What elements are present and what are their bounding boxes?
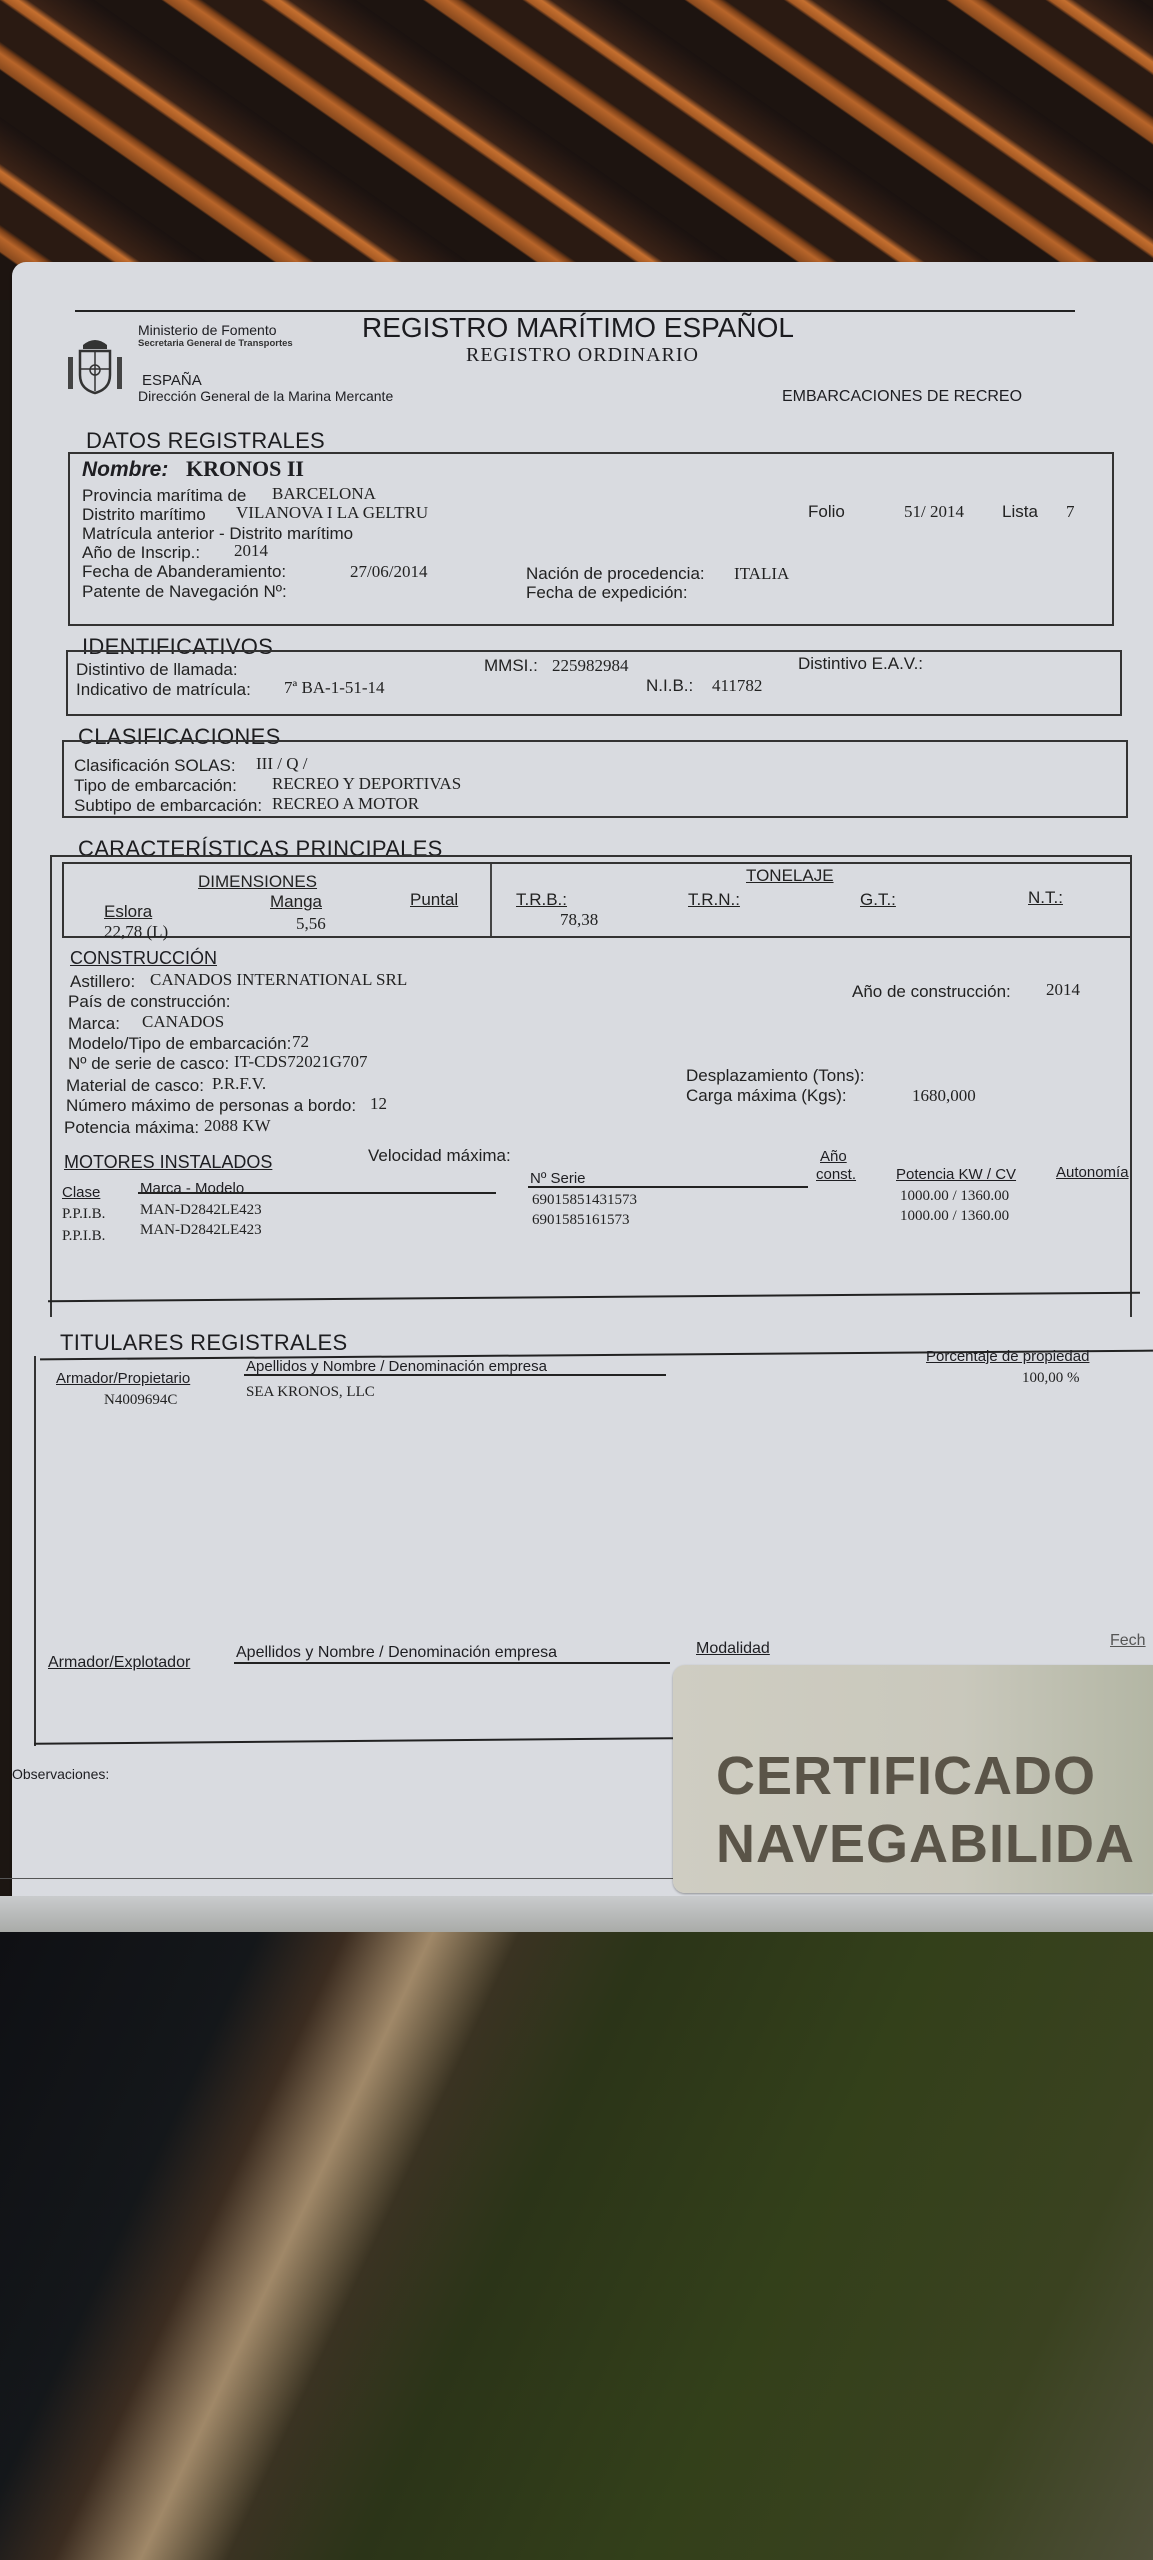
- apellidos-underline: [244, 1374, 666, 1376]
- indicativo-label: Indicativo de matrícula:: [76, 680, 251, 700]
- marca-label: Marca:: [68, 1014, 120, 1034]
- patente-label: Patente de Navegación Nº:: [82, 582, 287, 602]
- anio-inscrip-label: Año de Inscrip.:: [82, 543, 200, 563]
- observaciones-label: Observaciones:: [12, 1766, 109, 1782]
- pais-label: País de construcción:: [68, 992, 231, 1012]
- anio-construccion-label: Año de construcción:: [852, 982, 1011, 1002]
- col-serie-underline: [528, 1186, 808, 1188]
- section-motores: MOTORES INSTALADOS: [64, 1152, 272, 1173]
- col-anio-line2: const.: [816, 1166, 856, 1183]
- nacion-label: Nación de procedencia:: [526, 564, 705, 584]
- spain-coat-of-arms-icon: [66, 335, 124, 395]
- document-category: EMBARCACIONES DE RECREO: [782, 388, 1022, 406]
- lista-label: Lista: [1002, 502, 1038, 522]
- country-name: ESPAÑA: [142, 372, 202, 389]
- apellidos-underline-2: [234, 1662, 670, 1664]
- puntal-label: Puntal: [410, 890, 458, 910]
- engine-potencia: 1000.00 / 1360.00: [900, 1208, 1009, 1225]
- carga-value: 1680,000: [912, 1086, 976, 1106]
- col-autonomia: Autonomía: [1056, 1164, 1129, 1181]
- tipo-label: Tipo de embarcación:: [74, 776, 237, 796]
- nib-label: N.I.B.:: [646, 676, 693, 696]
- potencia-maxima-label: Potencia máxima:: [64, 1118, 199, 1138]
- tipo-value: RECREO Y DEPORTIVAS: [272, 774, 461, 794]
- sticker-line-1: CERTIFICADO: [716, 1745, 1096, 1807]
- armador-propietario-label: Armador/Propietario: [56, 1370, 190, 1387]
- background-below-document: [0, 1930, 1153, 2560]
- direccion-name: Dirección General de la Marina Mercante: [138, 388, 393, 404]
- engine-clase: P.P.I.B.: [62, 1206, 105, 1223]
- nombre-label: Nombre:: [82, 458, 168, 482]
- personas-value: 12: [370, 1094, 387, 1114]
- desplazamiento-label: Desplazamiento (Tons):: [686, 1066, 865, 1086]
- col-anio-line1: Año: [820, 1148, 847, 1165]
- gt-label: G.T.:: [860, 890, 896, 910]
- velocidad-label: Velocidad máxima:: [368, 1146, 511, 1166]
- anio-inscrip-value: 2014: [234, 541, 268, 561]
- engine-serie: 6901585161573: [532, 1212, 630, 1229]
- eslora-label: Eslora: [104, 902, 152, 922]
- certificado-navegabilidad-tab: CERTIFICADO NAVEGABILIDA: [673, 1665, 1153, 1893]
- owner-percentage: 100,00 %: [1022, 1370, 1080, 1387]
- marca-value: CANADOS: [142, 1012, 224, 1032]
- manga-value: 5,56: [296, 914, 326, 934]
- modelo-label: Modelo/Tipo de embarcación:: [68, 1034, 291, 1054]
- modalidad-label: Modalidad: [696, 1640, 770, 1658]
- distintivo-eav-label: Distintivo E.A.V.:: [798, 654, 923, 674]
- modelo-value: 72: [292, 1032, 309, 1052]
- nib-value: 411782: [712, 676, 762, 696]
- trb-label: T.R.B.:: [516, 890, 567, 910]
- provincia-value: BARCELONA: [272, 484, 376, 504]
- engine-clase: P.P.I.B.: [62, 1228, 105, 1245]
- dimensiones-divider: [490, 864, 492, 936]
- fecha-expedicion-label: Fecha de expedición:: [526, 583, 688, 603]
- col-marca-underline: [138, 1192, 496, 1194]
- potencia-maxima-value: 2088 KW: [204, 1116, 271, 1136]
- engine-marca-modelo: MAN-D2842LE423: [140, 1222, 262, 1239]
- anio-construccion-value: 2014: [1046, 980, 1080, 1000]
- ministry-name: Ministerio de Fomento: [138, 322, 277, 338]
- engine-serie: 69015851431573: [532, 1192, 637, 1209]
- mmsi-value: 225982984: [552, 656, 629, 676]
- folio-value: 51/ 2014: [904, 502, 964, 522]
- porcentaje-label: Porcentaje de propiedad: [926, 1348, 1089, 1365]
- tonelaje-label: TONELAJE: [746, 866, 834, 886]
- document-title: REGISTRO MARÍTIMO ESPAÑOL: [362, 312, 794, 344]
- manga-label: Manga: [270, 892, 322, 912]
- apellidos-label-2: Apellidos y Nombre / Denominación empres…: [236, 1644, 557, 1662]
- armador-explotador-label: Armador/Explotador: [48, 1654, 190, 1672]
- col-clase: Clase: [62, 1184, 100, 1201]
- secretaria-name: Secretaria General de Transportes: [138, 338, 293, 349]
- sticker-line-2: NAVEGABILIDA: [716, 1813, 1135, 1875]
- material-label: Material de casco:: [66, 1076, 204, 1096]
- document-subtitle: REGISTRO ORDINARIO: [466, 344, 699, 367]
- fecha-abanderamiento-label: Fecha de Abanderamiento:: [82, 562, 286, 582]
- engine-potencia: 1000.00 / 1360.00: [900, 1188, 1009, 1205]
- nacion-value: ITALIA: [734, 564, 789, 584]
- astillero-value: CANADOS INTERNATIONAL SRL: [150, 970, 407, 990]
- solas-value: III / Q /: [256, 754, 307, 774]
- col-potencia: Potencia KW / CV: [896, 1166, 1016, 1183]
- carga-label: Carga máxima (Kgs):: [686, 1086, 847, 1106]
- distintivo-llamada-label: Distintivo de llamada:: [76, 660, 238, 680]
- personas-label: Número máximo de personas a bordo:: [66, 1096, 356, 1116]
- indicativo-value: 7ª BA-1-51-14: [284, 678, 385, 698]
- dimensiones-label: DIMENSIONES: [198, 872, 317, 892]
- col-marca-modelo: Marca - Modelo: [140, 1180, 244, 1197]
- distrito-value: VILANOVA I LA GELTRU: [236, 503, 428, 523]
- titulares-bottom-rule: [34, 1737, 674, 1745]
- observaciones-bottom-rule: [0, 1878, 673, 1879]
- owner-id: N4009694C: [104, 1392, 177, 1409]
- trn-label: T.R.N.:: [688, 890, 740, 910]
- titulares-left-border: [34, 1356, 36, 1746]
- solas-label: Clasificación SOLAS:: [74, 756, 236, 776]
- apellidos-label: Apellidos y Nombre / Denominación empres…: [246, 1358, 547, 1375]
- serie-casco-value: IT-CDS72021G707: [234, 1052, 368, 1072]
- fecha-label-partial: Fech: [1110, 1632, 1146, 1650]
- lista-value: 7: [1066, 502, 1075, 522]
- folio-label: Folio: [808, 502, 845, 522]
- section-construccion: CONSTRUCCIÓN: [70, 948, 217, 969]
- trb-value: 78,38: [560, 910, 598, 930]
- engine-marca-modelo: MAN-D2842LE423: [140, 1202, 262, 1219]
- astillero-label: Astillero:: [70, 972, 135, 992]
- owner-name: SEA KRONOS, LLC: [246, 1384, 375, 1401]
- provincia-label: Provincia marítima de: [82, 486, 246, 506]
- serie-casco-label: Nº de serie de casco:: [68, 1054, 229, 1074]
- nt-label: N.T.:: [1028, 888, 1063, 908]
- distrito-label: Distrito marítimo: [82, 505, 206, 525]
- fecha-abanderamiento-value: 27/06/2014: [350, 562, 427, 582]
- col-serie: Nº Serie: [530, 1170, 586, 1187]
- material-value: P.R.F.V.: [212, 1074, 266, 1094]
- document-content: Ministerio de Fomento Secretaria General…: [0, 0, 1153, 1930]
- section-datos-registrales: DATOS REGISTRALES: [86, 428, 325, 454]
- matricula-anterior-label: Matrícula anterior - Distrito marítimo: [82, 524, 353, 544]
- subtipo-label: Subtipo de embarcación:: [74, 796, 262, 816]
- mmsi-label: MMSI.:: [484, 656, 538, 676]
- eslora-value: 22,78 (L): [104, 922, 168, 942]
- section-titulares: TITULARES REGISTRALES: [60, 1330, 347, 1356]
- subtipo-value: RECREO A MOTOR: [272, 794, 419, 814]
- vessel-name: KRONOS II: [186, 456, 304, 482]
